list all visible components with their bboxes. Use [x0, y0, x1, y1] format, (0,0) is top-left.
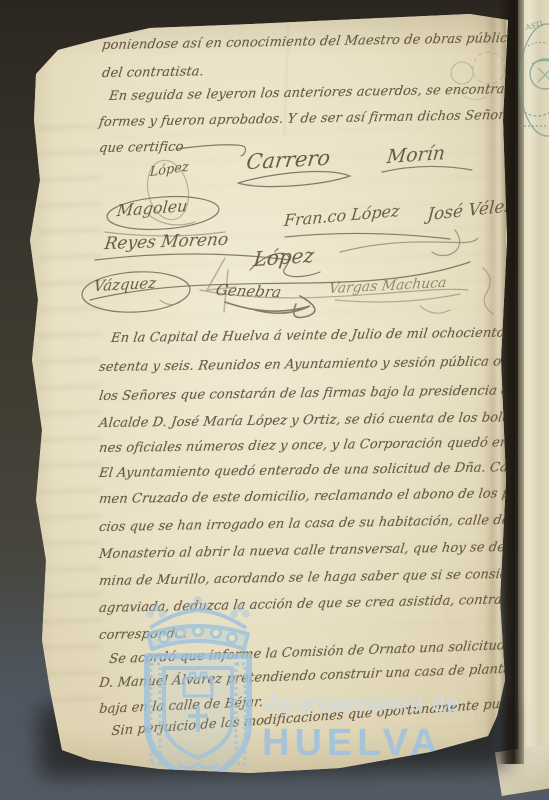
signature: López	[252, 243, 315, 271]
signature-flourishes	[0, 0, 549, 800]
signature: Morín	[386, 142, 446, 168]
signature: Vázquez	[93, 274, 157, 295]
signature: Carrero	[245, 146, 332, 175]
tax-seal-stamp: ASTI	[514, 16, 549, 164]
scanned-manuscript-page: ASTI poniendose así en conocimiento del …	[0, 0, 549, 800]
round-ink-stamp-mark	[450, 52, 505, 100]
signature: Genebra	[214, 281, 283, 301]
manuscript-page: poniendose así en conocimiento del Maest…	[0, 0, 549, 800]
seal-text-fragment: ASTI	[524, 19, 544, 32]
